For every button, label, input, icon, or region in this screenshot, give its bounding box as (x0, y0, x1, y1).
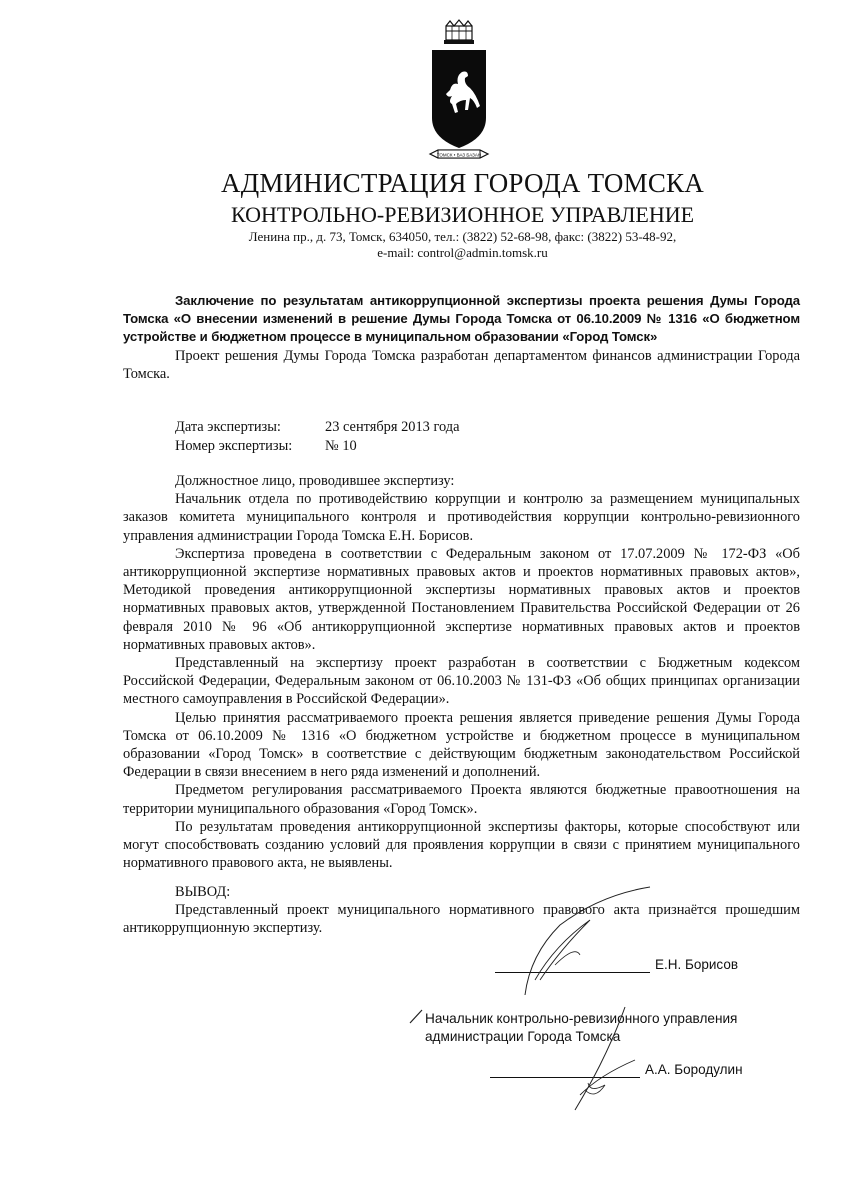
coat-of-arms-icon: ТОМСК • ВАЗ БАЗАН (428, 18, 490, 168)
body-paragraph: Представленный на экспертизу проект разр… (123, 654, 800, 709)
conclusion-block: ВЫВОД: Представленный проект муниципальн… (123, 883, 800, 938)
developer-paragraph: Проект решения Думы Города Томска разраб… (123, 347, 800, 383)
meta-value: 23 сентября 2013 года (325, 418, 460, 437)
document-title: Заключение по результатам антикоррупцион… (123, 292, 800, 347)
handwritten-signature-1 (500, 885, 670, 1005)
handwritten-signature-2 (560, 1005, 650, 1115)
contact-info: Ленина пр., д. 73, Томск, 634050, тел.: … (0, 229, 850, 261)
address-line: Ленина пр., д. 73, Томск, 634050, тел.: … (0, 229, 850, 245)
document-title-block: Заключение по результатам антикоррупцион… (123, 292, 800, 383)
body-paragraph: Предметом регулирования рассматриваемого… (123, 781, 800, 817)
conclusion-label: ВЫВОД: (123, 883, 800, 901)
organization-title: АДМИНИСТРАЦИЯ ГОРОДА ТОМСКА (0, 168, 850, 199)
body-paragraph: Начальник отдела по противодействию корр… (123, 490, 800, 545)
meta-value: № 10 (325, 437, 357, 456)
expertise-meta: Дата экспертизы: 23 сентября 2013 года Н… (175, 418, 460, 455)
meta-row-date: Дата экспертизы: 23 сентября 2013 года (175, 418, 460, 437)
body-paragraph: По результатам проведения антикоррупцион… (123, 818, 800, 873)
meta-label: Дата экспертизы: (175, 418, 325, 437)
meta-label: Номер экспертизы: (175, 437, 325, 456)
body-paragraph: Целью принятия рассматриваемого проекта … (123, 709, 800, 782)
conclusion-text: Представленный проект муниципального нор… (123, 901, 800, 937)
department-title: КОНТРОЛЬНО-РЕВИЗИОННОЕ УПРАВЛЕНИЕ (0, 202, 850, 228)
official-label: Должностное лицо, проводившее экспертизу… (123, 472, 800, 490)
body-paragraph: Экспертиза проведена в соответствии с Фе… (123, 545, 800, 654)
svg-text:ТОМСК • ВАЗ БАЗАН: ТОМСК • ВАЗ БАЗАН (437, 153, 481, 158)
meta-row-number: Номер экспертизы: № 10 (175, 437, 460, 456)
signer-name-2: А.А. Бородулин (645, 1062, 743, 1077)
document-body: Должностное лицо, проводившее экспертизу… (123, 472, 800, 872)
email-line: e-mail: control@admin.tomsk.ru (0, 245, 850, 261)
